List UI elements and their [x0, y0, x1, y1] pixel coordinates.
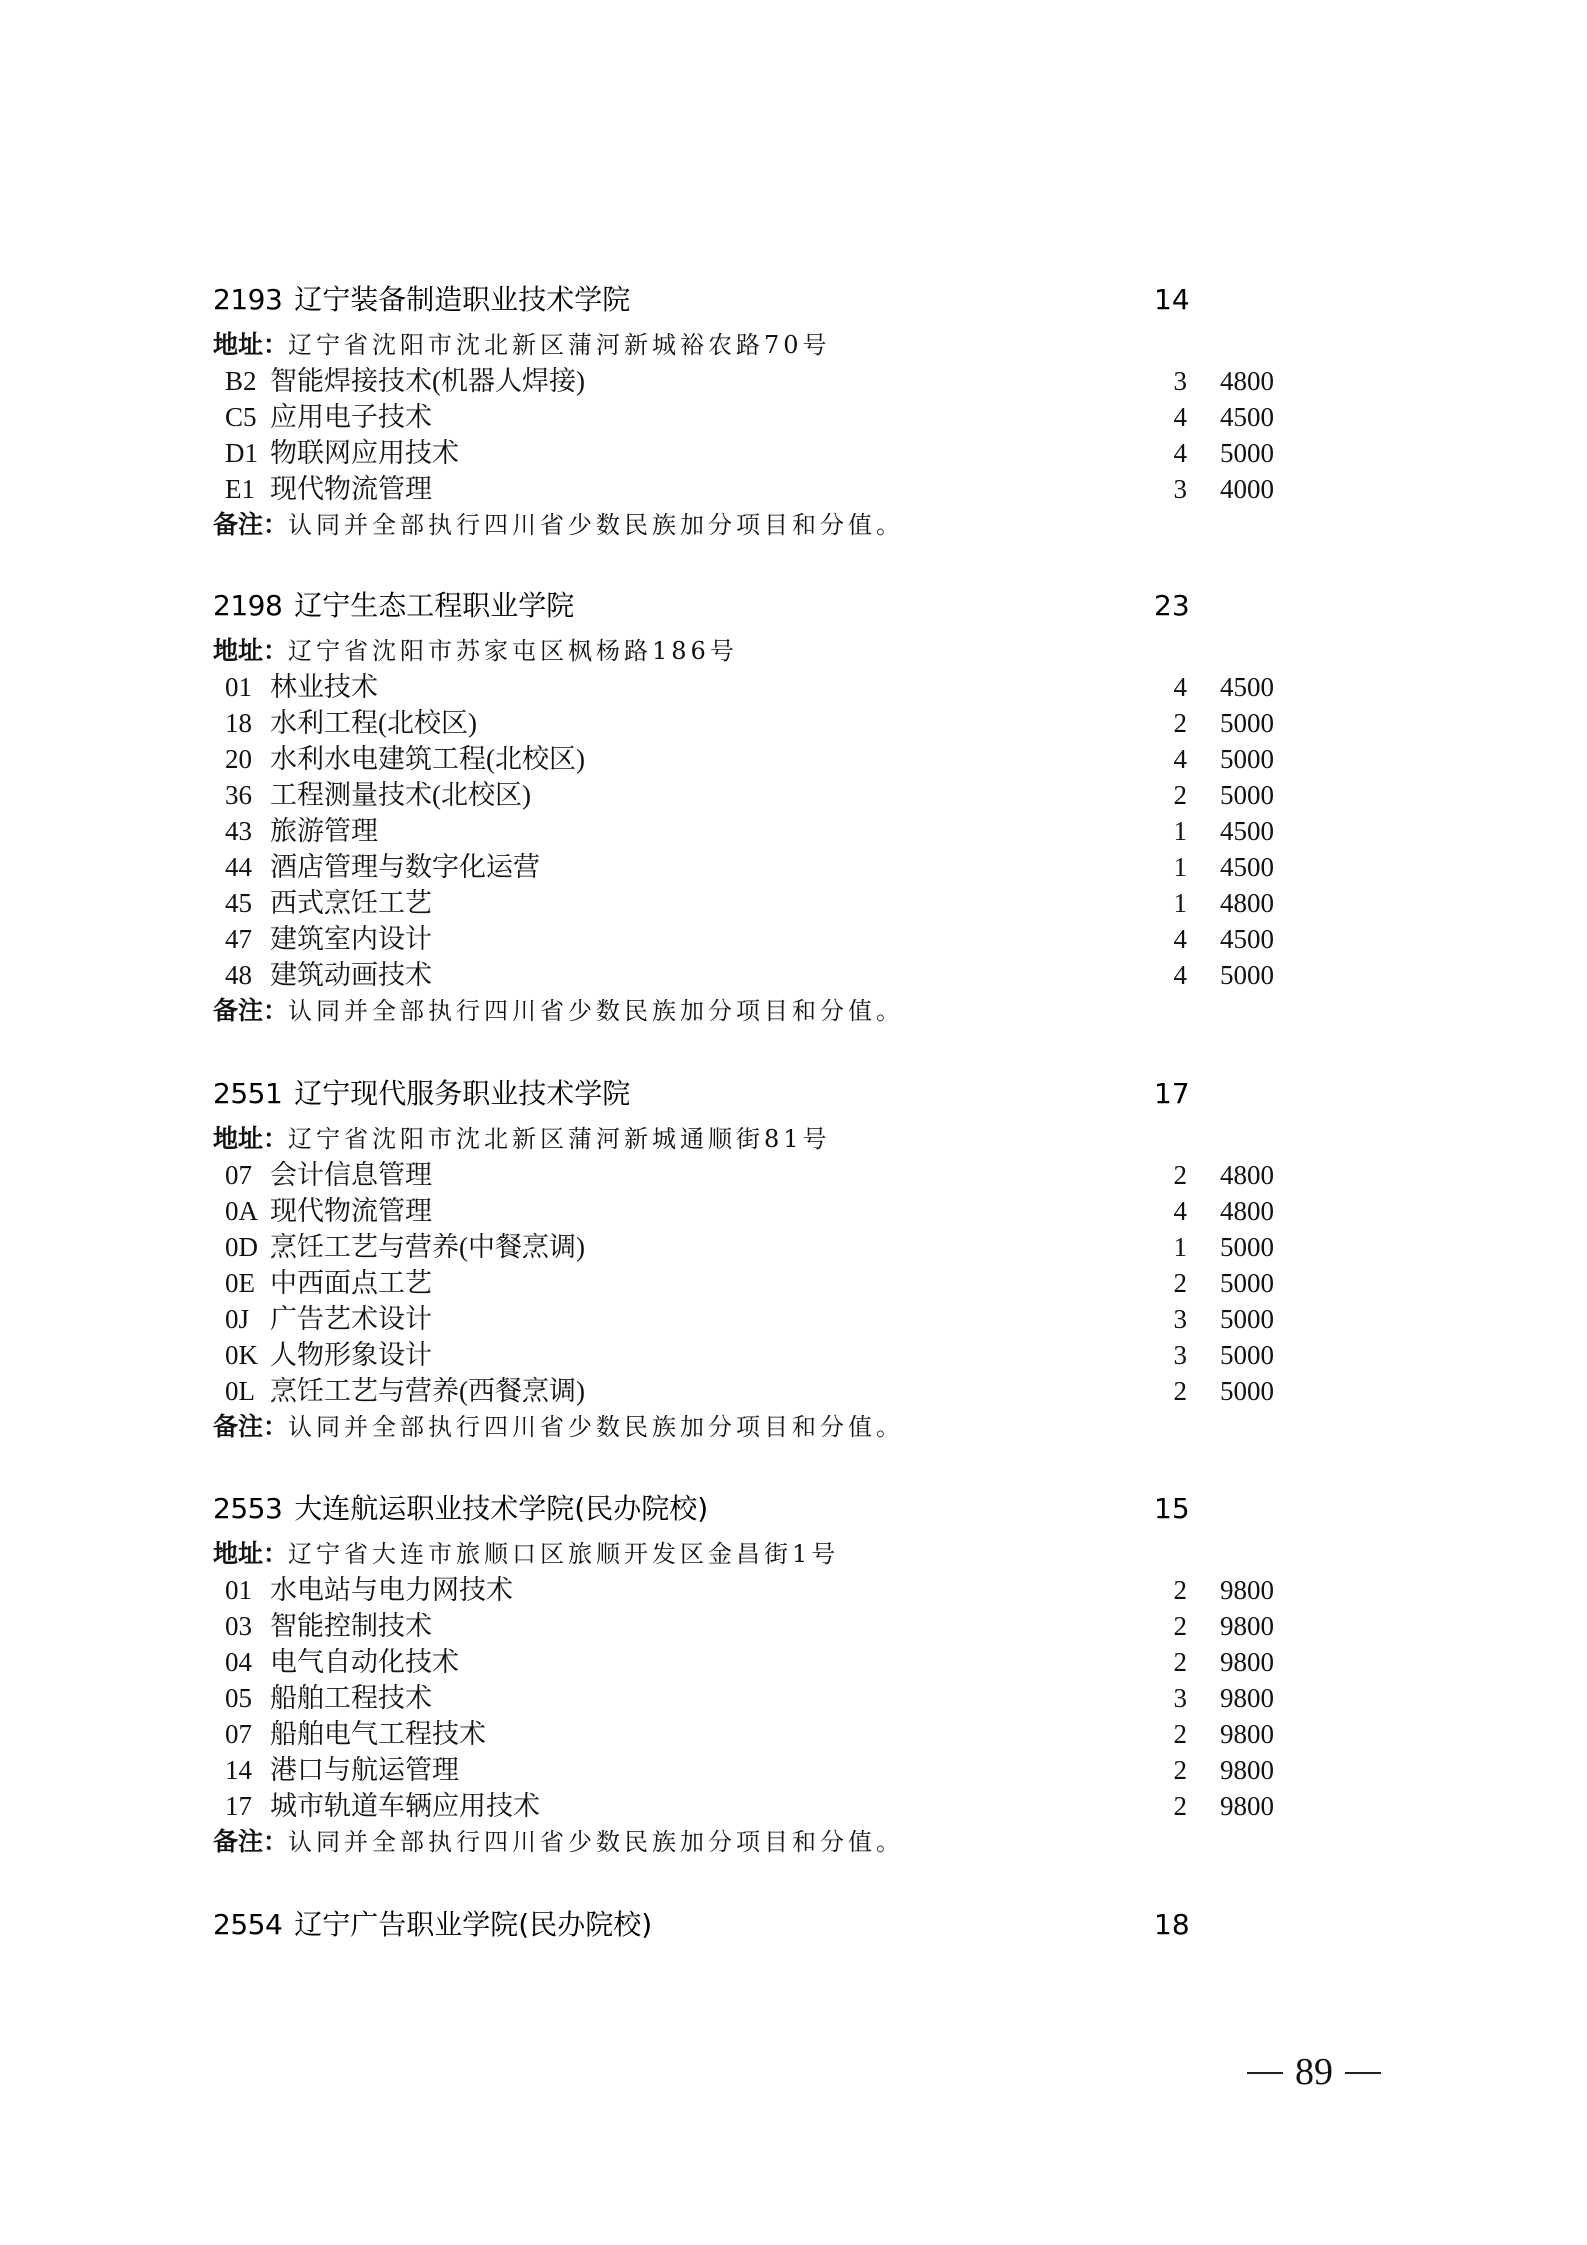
major-plan: 4	[1157, 1193, 1187, 1229]
major-name: 现代物流管理	[270, 1193, 432, 1229]
major-plan: 2	[1157, 1157, 1187, 1193]
major-name: 烹饪工艺与营养(西餐烹调)	[270, 1373, 585, 1409]
major-row: 36 工程测量技术(北校区) 2 5000	[213, 777, 1293, 813]
major-name: 林业技术	[270, 669, 378, 705]
major-code: 20	[225, 741, 269, 777]
major-name: 建筑动画技术	[270, 957, 432, 993]
major-fee: 9800	[1220, 1716, 1274, 1752]
address-value: 辽宁省沈阳市沈北新区蒲河新城通顺街81号	[288, 1125, 831, 1153]
school-code: 2193	[213, 285, 282, 315]
major-fee: 4800	[1220, 1193, 1274, 1229]
school-address: 地址：辽宁省沈阳市苏家屯区枫杨路186号	[213, 633, 1293, 669]
major-name: 烹饪工艺与营养(中餐烹调)	[270, 1229, 585, 1265]
major-fee: 5000	[1220, 1301, 1274, 1337]
major-name: 西式烹饪工艺	[270, 885, 432, 921]
school-code: 2551	[213, 1079, 282, 1109]
major-plan: 2	[1157, 1788, 1187, 1824]
major-plan: 4	[1157, 435, 1187, 471]
major-fee: 4800	[1220, 363, 1274, 399]
major-fee: 9800	[1220, 1644, 1274, 1680]
school-note: 备注：认同并全部执行四川省少数民族加分项目和分值。	[213, 507, 1293, 543]
address-value: 辽宁省大连市旅顺口区旅顺开发区金昌街1号	[288, 1540, 839, 1568]
major-code: 0E	[225, 1265, 269, 1301]
major-row: 20 水利水电建筑工程(北校区) 4 5000	[213, 741, 1293, 777]
school-section-2193: 2193辽宁装备制造职业技术学院 14 地址：辽宁省沈阳市沈北新区蒲河新城裕农路…	[213, 285, 1293, 543]
major-code: 07	[225, 1716, 269, 1752]
major-name: 电气自动化技术	[270, 1644, 459, 1680]
major-name: 建筑室内设计	[270, 921, 432, 957]
major-name: 水电站与电力网技术	[270, 1572, 513, 1608]
dash-left	[1247, 2072, 1283, 2074]
major-plan: 3	[1157, 1301, 1187, 1337]
school-address: 地址：辽宁省沈阳市沈北新区蒲河新城通顺街81号	[213, 1121, 1293, 1157]
major-code: 0J	[225, 1301, 269, 1337]
school-title: 2553大连航运职业技术学院(民办院校) 15	[213, 1494, 1293, 1536]
school-section-2551: 2551辽宁现代服务职业技术学院 17 地址：辽宁省沈阳市沈北新区蒲河新城通顺街…	[213, 1079, 1293, 1445]
school-section-2553: 2553大连航运职业技术学院(民办院校) 15 地址：辽宁省大连市旅顺口区旅顺开…	[213, 1494, 1293, 1860]
school-note: 备注：认同并全部执行四川省少数民族加分项目和分值。	[213, 1409, 1293, 1445]
major-code: 01	[225, 669, 269, 705]
major-fee: 4800	[1220, 1157, 1274, 1193]
major-plan: 3	[1157, 1337, 1187, 1373]
school-title: 2554辽宁广告职业学院(民办院校) 18	[213, 1910, 1293, 1952]
major-plan: 2	[1157, 777, 1187, 813]
major-row: 04 电气自动化技术 2 9800	[213, 1644, 1293, 1680]
major-code: 0K	[225, 1337, 269, 1373]
major-row: C5 应用电子技术 4 4500	[213, 399, 1293, 435]
school-plan-count: 14	[1154, 285, 1190, 315]
major-row: 45 西式烹饪工艺 1 4800	[213, 885, 1293, 921]
major-name: 工程测量技术(北校区)	[270, 777, 531, 813]
major-name: 广告艺术设计	[270, 1301, 432, 1337]
major-fee: 4500	[1220, 921, 1274, 957]
school-address: 地址：辽宁省大连市旅顺口区旅顺开发区金昌街1号	[213, 1536, 1293, 1572]
major-name: 酒店管理与数字化运营	[270, 849, 540, 885]
major-code: 48	[225, 957, 269, 993]
major-fee: 9800	[1220, 1572, 1274, 1608]
major-row: 0J 广告艺术设计 3 5000	[213, 1301, 1293, 1337]
school-plan-count: 18	[1154, 1910, 1190, 1940]
major-name: 水利水电建筑工程(北校区)	[270, 741, 585, 777]
major-name: 城市轨道车辆应用技术	[270, 1788, 540, 1824]
major-name: 会计信息管理	[270, 1157, 432, 1193]
school-address: 地址：辽宁省沈阳市沈北新区蒲河新城裕农路70号	[213, 327, 1293, 363]
major-fee: 5000	[1220, 435, 1274, 471]
major-code: 05	[225, 1680, 269, 1716]
major-row: 01 水电站与电力网技术 2 9800	[213, 1572, 1293, 1608]
school-code: 2554	[213, 1910, 282, 1940]
school-title: 2193辽宁装备制造职业技术学院 14	[213, 285, 1293, 327]
major-plan: 2	[1157, 1752, 1187, 1788]
major-fee: 5000	[1220, 741, 1274, 777]
major-fee: 9800	[1220, 1788, 1274, 1824]
major-code: 17	[225, 1788, 269, 1824]
major-name: 船舶电气工程技术	[270, 1716, 486, 1752]
major-code: 14	[225, 1752, 269, 1788]
major-row: 0A 现代物流管理 4 4800	[213, 1193, 1293, 1229]
major-plan: 1	[1157, 1229, 1187, 1265]
major-row: 07 会计信息管理 2 4800	[213, 1157, 1293, 1193]
major-fee: 4500	[1220, 669, 1274, 705]
note-label: 备注：	[213, 1412, 288, 1441]
major-code: 07	[225, 1157, 269, 1193]
major-name: 智能焊接技术(机器人焊接)	[270, 363, 585, 399]
major-plan: 2	[1157, 1572, 1187, 1608]
major-name: 水利工程(北校区)	[270, 705, 477, 741]
major-name: 港口与航运管理	[270, 1752, 459, 1788]
major-row: 0E 中西面点工艺 2 5000	[213, 1265, 1293, 1301]
major-plan: 2	[1157, 1716, 1187, 1752]
major-code: 0D	[225, 1229, 269, 1265]
school-name: 辽宁现代服务职业技术学院	[294, 1079, 630, 1109]
school-name: 大连航运职业技术学院(民办院校)	[294, 1494, 708, 1524]
school-name: 辽宁广告职业学院(民办院校)	[294, 1910, 652, 1940]
major-row: 03 智能控制技术 2 9800	[213, 1608, 1293, 1644]
major-row: 44 酒店管理与数字化运营 1 4500	[213, 849, 1293, 885]
major-fee: 4500	[1220, 813, 1274, 849]
major-fee: 5000	[1220, 957, 1274, 993]
school-plan-count: 23	[1154, 591, 1190, 621]
major-plan: 2	[1157, 1373, 1187, 1409]
note-label: 备注：	[213, 1827, 288, 1856]
major-row: 17 城市轨道车辆应用技术 2 9800	[213, 1788, 1293, 1824]
major-row: 43 旅游管理 1 4500	[213, 813, 1293, 849]
major-fee: 9800	[1220, 1752, 1274, 1788]
major-name: 智能控制技术	[270, 1608, 432, 1644]
major-plan: 4	[1157, 399, 1187, 435]
major-row: 47 建筑室内设计 4 4500	[213, 921, 1293, 957]
major-code: B2	[225, 363, 269, 399]
major-row: 0D 烹饪工艺与营养(中餐烹调) 1 5000	[213, 1229, 1293, 1265]
major-code: 0L	[225, 1373, 269, 1409]
major-name: 人物形象设计	[270, 1337, 432, 1373]
address-label: 地址：	[213, 1539, 288, 1568]
major-fee: 5000	[1220, 1229, 1274, 1265]
major-row: 48 建筑动画技术 4 5000	[213, 957, 1293, 993]
major-plan: 3	[1157, 471, 1187, 507]
note-label: 备注：	[213, 510, 288, 539]
major-plan: 1	[1157, 849, 1187, 885]
major-fee: 4500	[1220, 849, 1274, 885]
major-row: D1 物联网应用技术 4 5000	[213, 435, 1293, 471]
school-section-2198: 2198辽宁生态工程职业学院 23 地址：辽宁省沈阳市苏家屯区枫杨路186号 0…	[213, 591, 1293, 1029]
major-code: 04	[225, 1644, 269, 1680]
address-label: 地址：	[213, 636, 288, 665]
major-code: 0A	[225, 1193, 269, 1229]
major-row: E1 现代物流管理 3 4000	[213, 471, 1293, 507]
major-code: 45	[225, 885, 269, 921]
major-code: 44	[225, 849, 269, 885]
note-value: 认同并全部执行四川省少数民族加分项目和分值。	[288, 1828, 904, 1856]
major-fee: 4500	[1220, 399, 1274, 435]
major-fee: 5000	[1220, 1373, 1274, 1409]
school-plan-count: 17	[1154, 1079, 1190, 1109]
note-value: 认同并全部执行四川省少数民族加分项目和分值。	[288, 997, 904, 1025]
address-value: 辽宁省沈阳市苏家屯区枫杨路186号	[288, 637, 738, 665]
major-name: 物联网应用技术	[270, 435, 459, 471]
major-name: 中西面点工艺	[270, 1265, 432, 1301]
major-code: 47	[225, 921, 269, 957]
page-number-footer: 89	[1235, 2050, 1393, 2094]
school-title: 2551辽宁现代服务职业技术学院 17	[213, 1079, 1293, 1121]
major-fee: 9800	[1220, 1680, 1274, 1716]
page-number: 89	[1295, 2051, 1333, 2093]
major-row: 14 港口与航运管理 2 9800	[213, 1752, 1293, 1788]
major-row: B2 智能焊接技术(机器人焊接) 3 4800	[213, 363, 1293, 399]
major-code: 43	[225, 813, 269, 849]
major-name: 现代物流管理	[270, 471, 432, 507]
major-row: 18 水利工程(北校区) 2 5000	[213, 705, 1293, 741]
major-plan: 4	[1157, 957, 1187, 993]
major-code: 01	[225, 1572, 269, 1608]
school-section-2554: 2554辽宁广告职业学院(民办院校) 18	[213, 1910, 1293, 1952]
major-row: 05 船舶工程技术 3 9800	[213, 1680, 1293, 1716]
major-plan: 4	[1157, 921, 1187, 957]
major-fee: 5000	[1220, 777, 1274, 813]
major-plan: 3	[1157, 363, 1187, 399]
note-value: 认同并全部执行四川省少数民族加分项目和分值。	[288, 1413, 904, 1441]
major-row: 0K 人物形象设计 3 5000	[213, 1337, 1293, 1373]
school-title: 2198辽宁生态工程职业学院 23	[213, 591, 1293, 633]
note-label: 备注：	[213, 996, 288, 1025]
major-code: E1	[225, 471, 269, 507]
major-plan: 4	[1157, 669, 1187, 705]
major-code: D1	[225, 435, 269, 471]
school-plan-count: 15	[1154, 1494, 1190, 1524]
major-fee: 5000	[1220, 705, 1274, 741]
school-note: 备注：认同并全部执行四川省少数民族加分项目和分值。	[213, 993, 1293, 1029]
school-code: 2198	[213, 591, 282, 621]
major-fee: 5000	[1220, 1265, 1274, 1301]
major-name: 旅游管理	[270, 813, 378, 849]
major-fee: 9800	[1220, 1608, 1274, 1644]
major-code: 18	[225, 705, 269, 741]
school-note: 备注：认同并全部执行四川省少数民族加分项目和分值。	[213, 1824, 1293, 1860]
major-plan: 1	[1157, 885, 1187, 921]
school-name: 辽宁装备制造职业技术学院	[294, 285, 630, 315]
note-value: 认同并全部执行四川省少数民族加分项目和分值。	[288, 511, 904, 539]
major-plan: 4	[1157, 741, 1187, 777]
major-plan: 2	[1157, 1608, 1187, 1644]
major-plan: 2	[1157, 1265, 1187, 1301]
major-row: 0L 烹饪工艺与营养(西餐烹调) 2 5000	[213, 1373, 1293, 1409]
major-code: 03	[225, 1608, 269, 1644]
major-fee: 4800	[1220, 885, 1274, 921]
address-label: 地址：	[213, 330, 288, 359]
major-plan: 2	[1157, 1644, 1187, 1680]
major-name: 船舶工程技术	[270, 1680, 432, 1716]
address-value: 辽宁省沈阳市沈北新区蒲河新城裕农路70号	[288, 331, 831, 359]
major-fee: 5000	[1220, 1337, 1274, 1373]
major-plan: 3	[1157, 1680, 1187, 1716]
address-label: 地址：	[213, 1124, 288, 1153]
major-code: C5	[225, 399, 269, 435]
school-code: 2553	[213, 1494, 282, 1524]
major-row: 01 林业技术 4 4500	[213, 669, 1293, 705]
school-name: 辽宁生态工程职业学院	[294, 591, 574, 621]
document-page: 2193辽宁装备制造职业技术学院 14 地址：辽宁省沈阳市沈北新区蒲河新城裕农路…	[0, 0, 1587, 2245]
major-name: 应用电子技术	[270, 399, 432, 435]
major-row: 07 船舶电气工程技术 2 9800	[213, 1716, 1293, 1752]
major-plan: 1	[1157, 813, 1187, 849]
dash-right	[1345, 2072, 1381, 2074]
major-fee: 4000	[1220, 471, 1274, 507]
major-plan: 2	[1157, 705, 1187, 741]
major-code: 36	[225, 777, 269, 813]
